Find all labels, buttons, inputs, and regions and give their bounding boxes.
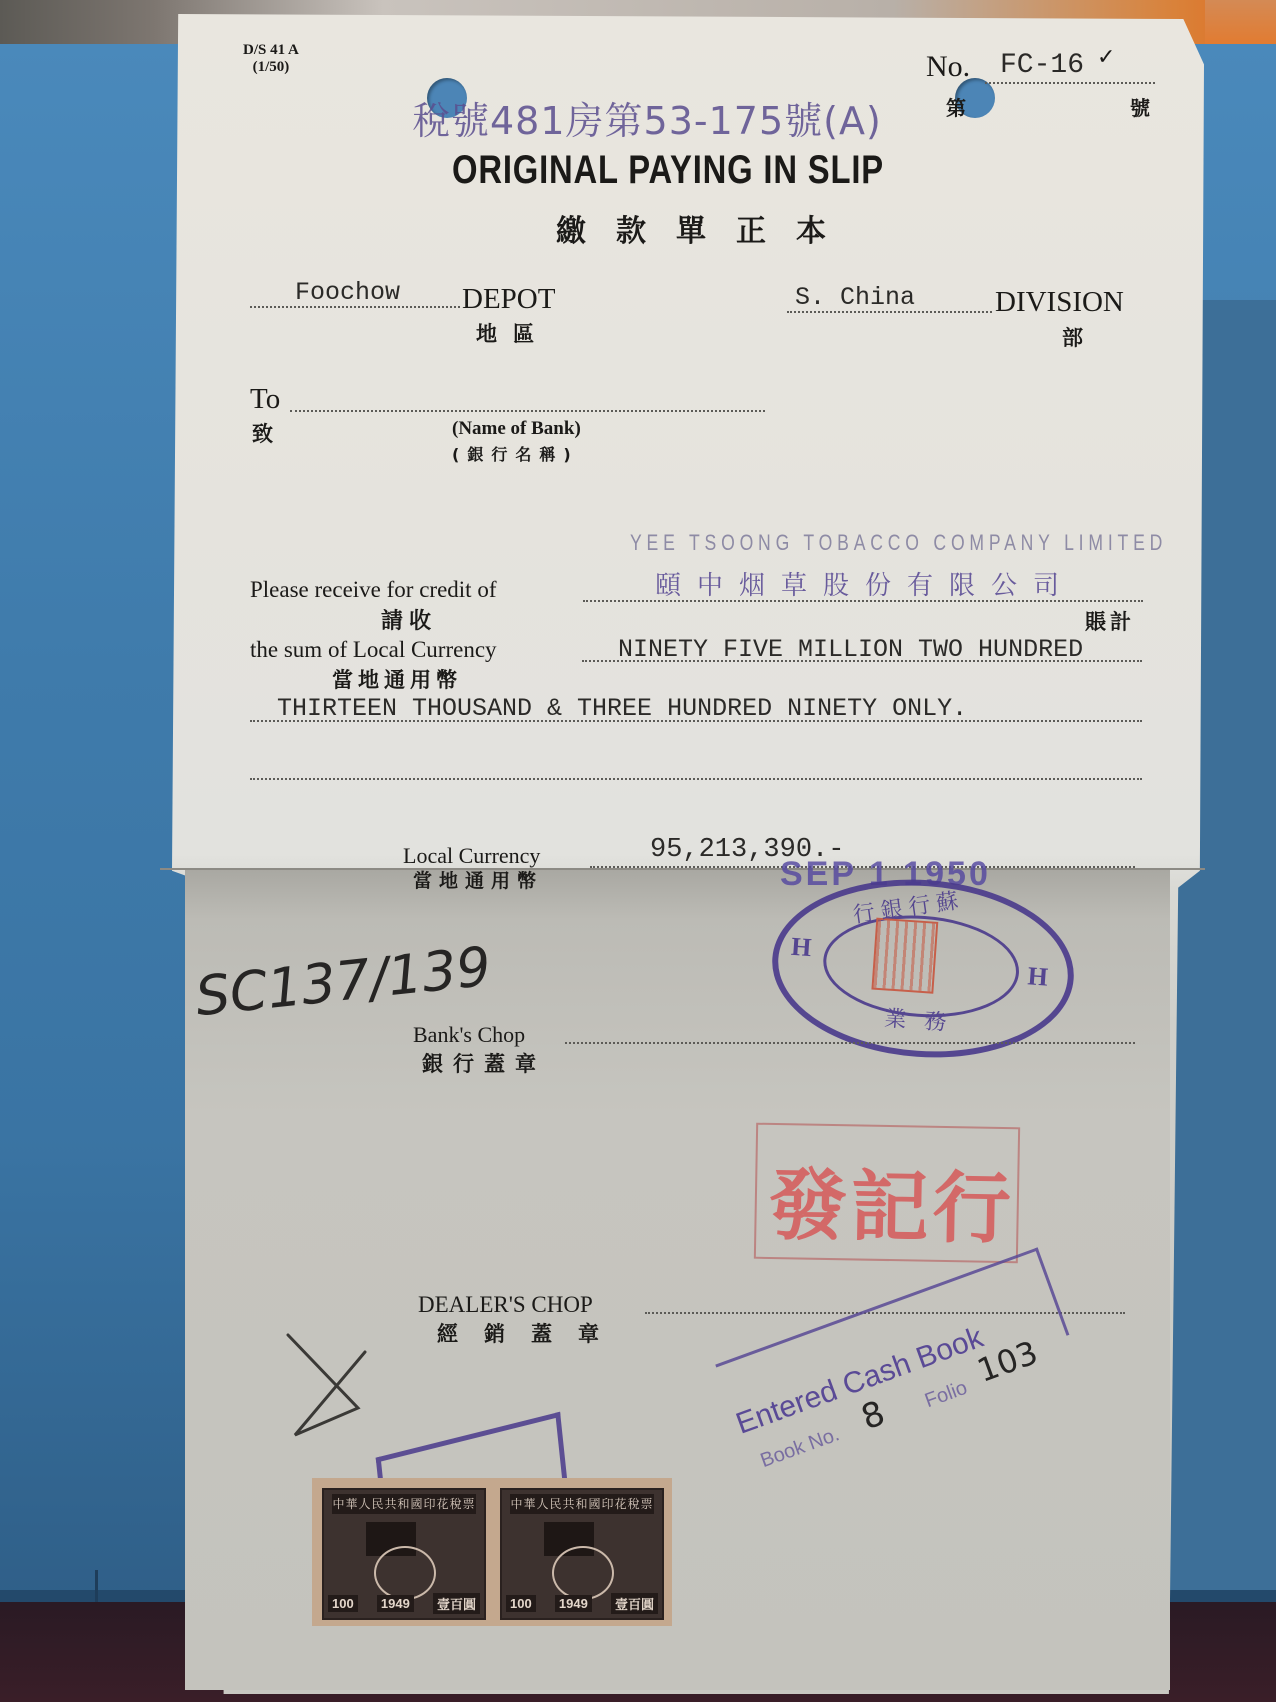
credit-suffix-cn: 賬計	[1085, 606, 1135, 636]
sum-label-cn: 當地通用幣	[332, 664, 462, 694]
division-label-cn: 部	[1062, 322, 1083, 352]
number-value: FC-16	[1000, 50, 1084, 81]
red-square-seal-in-oval	[871, 918, 938, 994]
division-value: S. China	[795, 283, 915, 312]
division-dotted-line	[787, 311, 992, 313]
paper-fold-line	[160, 868, 1205, 870]
credit-of-field[interactable]	[583, 600, 1143, 602]
revenue-stamp-value: 100	[328, 1595, 358, 1612]
revenue-stamp-1: 中華人民共和國印花稅票 100 1949 壹百圓	[322, 1488, 486, 1620]
number-label: No.	[926, 50, 970, 84]
to-label-cn: 致	[252, 418, 273, 448]
company-name-cn-stamp: 頤中烟草股份有限公司	[655, 565, 1075, 602]
oval-stamp-bottom-text: 業務	[883, 1001, 965, 1038]
dealer-chop-label: DEALER'S CHOP	[418, 1292, 593, 1318]
revenue-stamp-footer: 100 1949 壹百圓	[328, 1592, 480, 1614]
revenue-stamp-denomination: 壹百圓	[611, 1593, 658, 1614]
check-mark: ✓	[1097, 44, 1115, 70]
bank-chop-field[interactable]	[565, 1042, 1135, 1044]
company-name-en-stamp: YEE TSOONG TOBACCO COMPANY LIMITED	[630, 530, 1167, 556]
red-seal-text: 發記行	[768, 1143, 1016, 1259]
tax-number-stamp: 稅號481房第53-175號(A)	[412, 90, 882, 145]
revenue-stamp-header: 中華人民共和國印花稅票	[510, 1494, 654, 1514]
division-label: DIVISION	[995, 286, 1124, 319]
depot-label: DEPOT	[462, 283, 555, 316]
bank-chop-label-cn: 銀行蓋章	[422, 1048, 546, 1078]
depot-label-cn: 地區	[476, 318, 550, 348]
form-print-run: (1/50)	[243, 59, 299, 76]
sum-words-field-3[interactable]	[250, 778, 1142, 780]
number-label-cn: 第	[946, 92, 966, 121]
credit-of-label-cn: 請收	[381, 604, 437, 635]
oval-stamp-letter-right: H	[1027, 961, 1049, 992]
revenue-stamp-footer: 100 1949 壹百圓	[506, 1592, 658, 1614]
to-bank-field[interactable]	[290, 410, 765, 412]
sum-label: the sum of Local Currency	[250, 637, 497, 663]
form-code: D/S 41 A (1/50)	[243, 42, 299, 76]
bank-name-hint-cn: (銀行名稱)	[452, 442, 579, 465]
credit-of-label: Please receive for credit of	[250, 577, 496, 603]
red-dealer-seal: 發記行	[754, 1123, 1020, 1264]
number-dotted-line	[985, 82, 1155, 84]
amount-label-cn: 當地通用幣	[413, 866, 543, 893]
bank-chop-label: Bank's Chop	[413, 1022, 525, 1048]
handwritten-x-mark-icon	[283, 1330, 383, 1445]
depot-value: Foochow	[295, 278, 400, 307]
revenue-stamp-value: 100	[506, 1595, 536, 1612]
number-suffix-cn: 號	[1130, 92, 1150, 121]
page-title: ORIGINAL PAYING IN SLIP	[452, 148, 884, 193]
revenue-stamps: 中華人民共和國印花稅票 100 1949 壹百圓 中華人民共和國印花稅票 100…	[312, 1478, 672, 1626]
dealer-chop-label-cn: 經銷蓋章	[437, 1318, 625, 1348]
revenue-stamp-2: 中華人民共和國印花稅票 100 1949 壹百圓	[500, 1488, 664, 1620]
depot-dotted-line	[250, 306, 460, 308]
page-title-cn: 繳款單正本	[556, 206, 856, 250]
bank-name-hint: (Name of Bank)	[452, 418, 581, 440]
revenue-stamp-year: 1949	[555, 1595, 592, 1612]
sum-words-line-1: NINETY FIVE MILLION TWO HUNDRED	[618, 635, 1083, 664]
form-code-text: D/S 41 A	[243, 42, 299, 59]
to-label: To	[250, 383, 280, 416]
revenue-stamp-header: 中華人民共和國印花稅票	[332, 1494, 476, 1514]
sum-words-field-2[interactable]	[250, 720, 1142, 722]
oval-stamp-letter-left: H	[790, 932, 812, 963]
revenue-stamp-year: 1949	[377, 1595, 414, 1612]
sum-words-line-2: THIRTEEN THOUSAND & THREE HUNDRED NINETY…	[277, 694, 967, 723]
revenue-stamp-denomination: 壹百圓	[433, 1593, 480, 1614]
